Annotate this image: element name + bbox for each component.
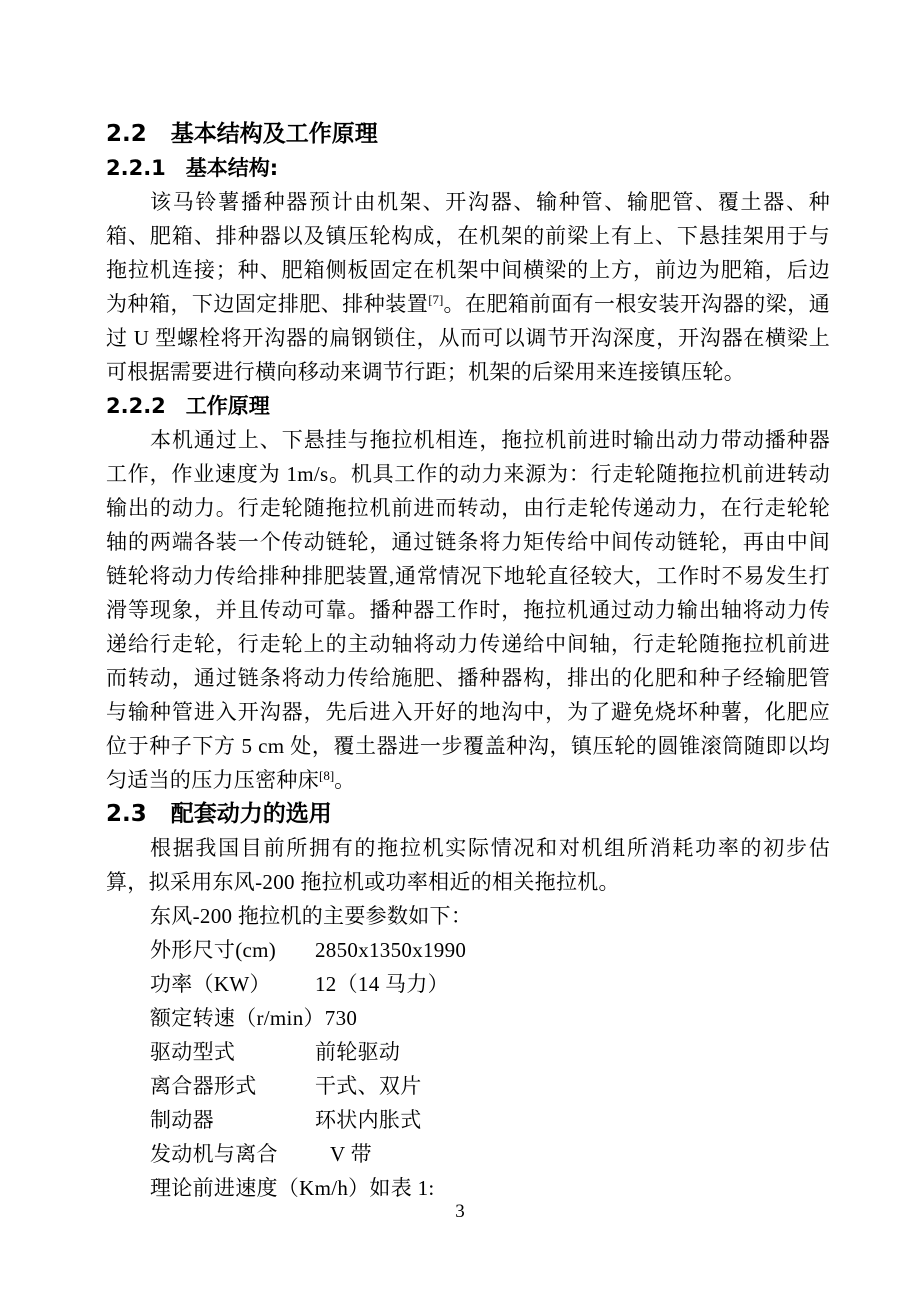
param-label: 离合器形式 xyxy=(150,1069,315,1103)
param-value: 前轮驱动 xyxy=(315,1035,400,1069)
section-number: 2.2 xyxy=(106,117,147,151)
paragraph-basic-structure: 该马铃薯播种器预计由机架、开沟器、输种管、输肥管、覆土器、种箱、肥箱、排种器以及… xyxy=(106,185,830,389)
paragraph-power-selection: 根据我国目前所拥有的拖拉机实际情况和对机组所消耗功率的初步估算，拟采用东风-20… xyxy=(106,831,830,899)
subsection-title: 工作原理 xyxy=(186,389,270,423)
param-value: 730 xyxy=(325,1001,357,1035)
param-row-clutch-type: 离合器形式 干式、双片 xyxy=(106,1069,830,1103)
param-row-brake: 制动器 环状内胀式 xyxy=(106,1103,830,1137)
param-label: 发动机与离合 xyxy=(150,1137,315,1171)
subsection-number: 2.2.2 xyxy=(106,389,166,423)
subsection-heading-2-2-2: 2.2.2 工作原理 xyxy=(106,389,830,423)
param-label: 驱动型式 xyxy=(150,1035,315,1069)
param-label: 制动器 xyxy=(150,1103,315,1137)
param-value: 2850x1350x1990 xyxy=(315,933,466,967)
citation-ref-8: [8] xyxy=(319,768,334,783)
param-label: 额定转速（r/min） xyxy=(150,1001,325,1035)
section-title: 基本结构及工作原理 xyxy=(171,117,378,151)
param-value: 环状内胀式 xyxy=(315,1103,422,1137)
section-number: 2.3 xyxy=(106,797,147,831)
param-value: V 带 xyxy=(315,1137,372,1171)
paragraph-text: 本机通过上、下悬挂与拖拉机相连，拖拉机前进时输出动力带动播种器工作，作业速度为 … xyxy=(106,428,830,792)
citation-ref-7: [7] xyxy=(428,292,443,307)
section-heading-2-2: 2.2 基本结构及工作原理 xyxy=(106,117,830,151)
param-label: 功率（KW） xyxy=(150,967,315,1001)
document-page: 2.2 基本结构及工作原理 2.2.1 基本结构: 该马铃薯播种器预计由机架、开… xyxy=(106,117,830,1205)
subsection-number: 2.2.1 xyxy=(106,151,166,185)
param-row-engine-clutch: 发动机与离合 V 带 xyxy=(106,1137,830,1171)
paragraph-working-principle: 本机通过上、下悬挂与拖拉机相连，拖拉机前进时输出动力带动播种器工作，作业速度为 … xyxy=(106,423,830,797)
param-value: 12（14 马力） xyxy=(315,967,449,1001)
param-row-drive-type: 驱动型式 前轮驱动 xyxy=(106,1035,830,1069)
param-row-rated-speed: 额定转速（r/min） 730 xyxy=(106,1001,830,1035)
param-label: 外形尺寸(cm) xyxy=(150,933,315,967)
param-value: 干式、双片 xyxy=(315,1069,422,1103)
section-heading-2-3: 2.3 配套动力的选用 xyxy=(106,797,830,831)
subsection-title: 基本结构: xyxy=(186,151,278,185)
param-row-power: 功率（KW） 12（14 马力） xyxy=(106,967,830,1001)
subsection-heading-2-2-1: 2.2.1 基本结构: xyxy=(106,151,830,185)
paragraph-params-intro: 东风-200 拖拉机的主要参数如下： xyxy=(106,899,830,933)
param-row-dimensions: 外形尺寸(cm) 2850x1350x1990 xyxy=(106,933,830,967)
page-number: 3 xyxy=(0,1200,920,1224)
section-title: 配套动力的选用 xyxy=(171,797,332,831)
paragraph-text: 。 xyxy=(334,768,355,792)
